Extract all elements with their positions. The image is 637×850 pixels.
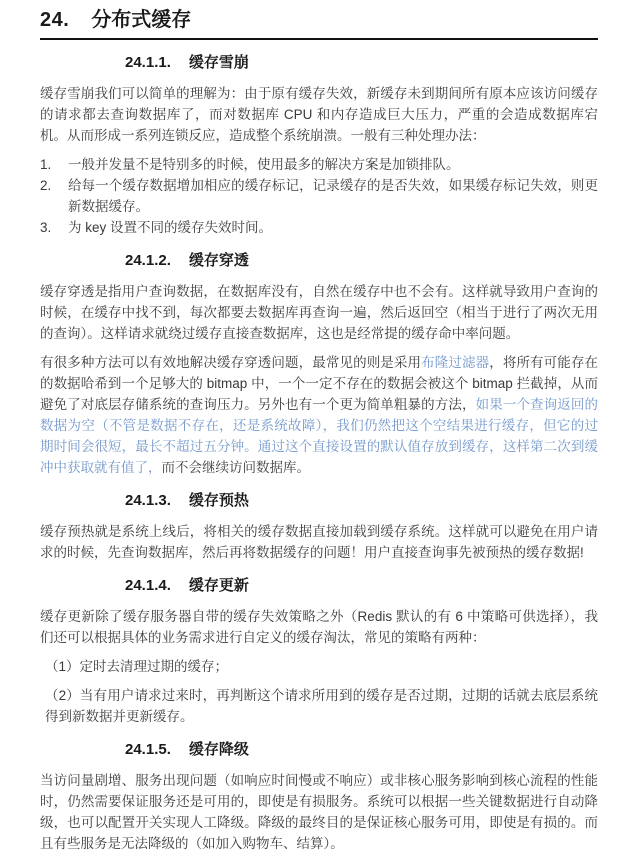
update-strategy-1: （1）定时去清理过期的缓存； [40, 656, 598, 677]
list-item: 1.一般并发量不是特别多的时候，使用最多的解决方案是加锁排队。 [40, 154, 598, 175]
list-item: 2.给每一个缓存数据增加相应的缓存标记，记录缓存的是否失效，如果缓存标记失效，则… [40, 175, 598, 217]
section-heading-1: 24.1.1.缓存雪崩 [125, 53, 598, 73]
section-number: 24.1.3. [125, 492, 171, 509]
chapter-number: 24. [40, 9, 69, 31]
section-title: 缓存预热 [189, 492, 249, 509]
section-heading-2: 24.1.2.缓存穿透 [125, 251, 598, 271]
text-run: 而不会继续访问数据库。 [162, 460, 311, 475]
section-cache-update: 24.1.4.缓存更新 缓存更新除了缓存服务器自带的缓存失效策略之外（Redis… [40, 576, 598, 727]
chapter-heading: 24.分布式缓存 [40, 6, 598, 40]
section-cache-avalanche: 24.1.1.缓存雪崩 缓存雪崩我们可以简单的理解为：由于原有缓存失效，新缓存未… [40, 53, 598, 238]
section-heading-4: 24.1.4.缓存更新 [125, 576, 598, 596]
text-run: 有很多种方法可以有效地解决缓存穿透问题，最常见的则是采用 [40, 355, 421, 370]
list-text: 为 key 设置不同的缓存失效时间。 [68, 217, 598, 238]
list-marker: 3. [40, 217, 68, 238]
paragraph-update-intro: 缓存更新除了缓存服务器自带的缓存失效策略之外（Redis 默认的有 6 中策略可… [40, 606, 598, 648]
list-text: 一般并发量不是特别多的时候，使用最多的解决方案是加锁排队。 [68, 154, 598, 175]
section-cache-warmup: 24.1.3.缓存预热 缓存预热就是系统上线后，将相关的缓存数据直接加载到缓存系… [40, 491, 598, 563]
list-item: 3.为 key 设置不同的缓存失效时间。 [40, 217, 598, 238]
paragraph-warmup: 缓存预热就是系统上线后，将相关的缓存数据直接加载到缓存系统。这样就可以避免在用户… [40, 521, 598, 563]
section-title: 缓存雪崩 [189, 54, 249, 71]
document-page: 24.分布式缓存 24.1.1.缓存雪崩 缓存雪崩我们可以简单的理解为：由于原有… [0, 0, 637, 850]
update-strategy-2: （2）当有用户请求过来时，再判断这个请求所用到的缓存是否过期，过期的话就去底层系… [40, 685, 598, 727]
section-title: 缓存降级 [189, 741, 249, 758]
section-number: 24.1.5. [125, 741, 171, 758]
section-number: 24.1.2. [125, 252, 171, 269]
list-marker: 2. [40, 175, 68, 217]
paragraph-penetration-intro: 缓存穿透是指用户查询数据，在数据库没有，自然在缓存中也不会有。这样就导致用户查询… [40, 281, 598, 344]
section-heading-5: 24.1.5.缓存降级 [125, 740, 598, 760]
paragraph-degradation: 当访问量剧增、服务出现问题（如响应时间慢或不响应）或非核心服务影响到核心流程的性… [40, 770, 598, 850]
bloom-filter-link[interactable]: 布隆过滤器 [421, 355, 489, 370]
section-number: 24.1.1. [125, 54, 171, 71]
paragraph-penetration-solutions: 有很多种方法可以有效地解决缓存穿透问题，最常见的则是采用布隆过滤器，将所有可能存… [40, 352, 598, 478]
list-marker: 1. [40, 154, 68, 175]
section-cache-degradation: 24.1.5.缓存降级 当访问量剧增、服务出现问题（如响应时间慢或不响应）或非核… [40, 740, 598, 850]
avalanche-solutions-list: 1.一般并发量不是特别多的时候，使用最多的解决方案是加锁排队。 2.给每一个缓存… [40, 154, 598, 238]
paragraph-avalanche-intro: 缓存雪崩我们可以简单的理解为：由于原有缓存失效，新缓存未到期间所有原本应该访问缓… [40, 83, 598, 146]
section-number: 24.1.4. [125, 577, 171, 594]
section-title: 缓存穿透 [189, 252, 249, 269]
section-cache-penetration: 24.1.2.缓存穿透 缓存穿透是指用户查询数据，在数据库没有，自然在缓存中也不… [40, 251, 598, 478]
list-text: 给每一个缓存数据增加相应的缓存标记，记录缓存的是否失效，如果缓存标记失效，则更新… [68, 175, 598, 217]
section-heading-3: 24.1.3.缓存预热 [125, 491, 598, 511]
section-title: 缓存更新 [189, 577, 249, 594]
chapter-title: 分布式缓存 [91, 9, 191, 31]
